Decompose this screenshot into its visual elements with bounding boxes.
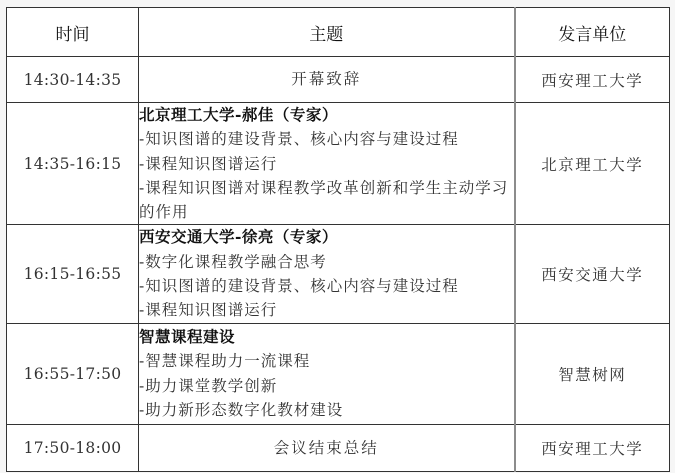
- table-row: 16:15-16:55 西安交通大学-徐亮（专家） -数字化课程教学融合思考 -…: [7, 225, 670, 323]
- topic-item: -数字化课程教学融合思考: [139, 250, 514, 274]
- header-row: 时间 主题 发言单位: [7, 8, 670, 57]
- header-org: 发言单位: [515, 8, 670, 57]
- topic-item: -知识图谱的建设背景、核心内容与建设过程: [139, 274, 514, 298]
- topic-item: -助力新形态数字化教材建设: [139, 398, 514, 422]
- org-cell: 北京理工大学: [515, 103, 670, 225]
- topic-cell: 会议结束总结: [139, 424, 515, 471]
- org-cell: 西安交通大学: [515, 225, 670, 323]
- time-cell: 17:50-18:00: [7, 424, 139, 471]
- topic-cell: 北京理工大学-郝佳（专家） -知识图谱的建设背景、核心内容与建设过程 -课程知识…: [139, 103, 515, 225]
- agenda-table: 时间 主题 发言单位 14:30-14:35 开幕致辞 西安理工大学 14:35…: [6, 7, 670, 472]
- topic-item: -知识图谱的建设背景、核心内容与建设过程: [139, 127, 514, 151]
- topic-item: -课程知识图谱对课程教学改革创新和学生主动学习的作用: [139, 176, 514, 225]
- org-cell: 西安理工大学: [515, 57, 670, 103]
- topic-title: 智慧课程建设: [139, 325, 514, 349]
- topic-title: 西安交通大学-徐亮（专家）: [139, 225, 514, 249]
- header-time: 时间: [7, 8, 139, 57]
- topic-cell: 开幕致辞: [139, 57, 515, 103]
- time-cell: 16:55-17:50: [7, 323, 139, 424]
- topic-item: -课程知识图谱运行: [139, 298, 514, 322]
- topic-item: -助力课堂教学创新: [139, 374, 514, 398]
- table-row: 16:55-17:50 智慧课程建设 -智慧课程助力一流课程 -助力课堂教学创新…: [7, 323, 670, 424]
- topic-cell: 西安交通大学-徐亮（专家） -数字化课程教学融合思考 -知识图谱的建设背景、核心…: [139, 225, 515, 323]
- time-cell: 14:30-14:35: [7, 57, 139, 103]
- topic-title: 北京理工大学-郝佳（专家）: [139, 103, 514, 127]
- time-cell: 16:15-16:55: [7, 225, 139, 323]
- topic-item: -智慧课程助力一流课程: [139, 349, 514, 373]
- topic-item: -课程知识图谱运行: [139, 152, 514, 176]
- time-cell: 14:35-16:15: [7, 103, 139, 225]
- table-row: 14:35-16:15 北京理工大学-郝佳（专家） -知识图谱的建设背景、核心内…: [7, 103, 670, 225]
- topic-cell: 智慧课程建设 -智慧课程助力一流课程 -助力课堂教学创新 -助力新形态数字化教材…: [139, 323, 515, 424]
- org-cell: 西安理工大学: [515, 424, 670, 471]
- table-row: 17:50-18:00 会议结束总结 西安理工大学: [7, 424, 670, 471]
- org-cell: 智慧树网: [515, 323, 670, 424]
- table-row: 14:30-14:35 开幕致辞 西安理工大学: [7, 57, 670, 103]
- header-topic: 主题: [139, 8, 515, 57]
